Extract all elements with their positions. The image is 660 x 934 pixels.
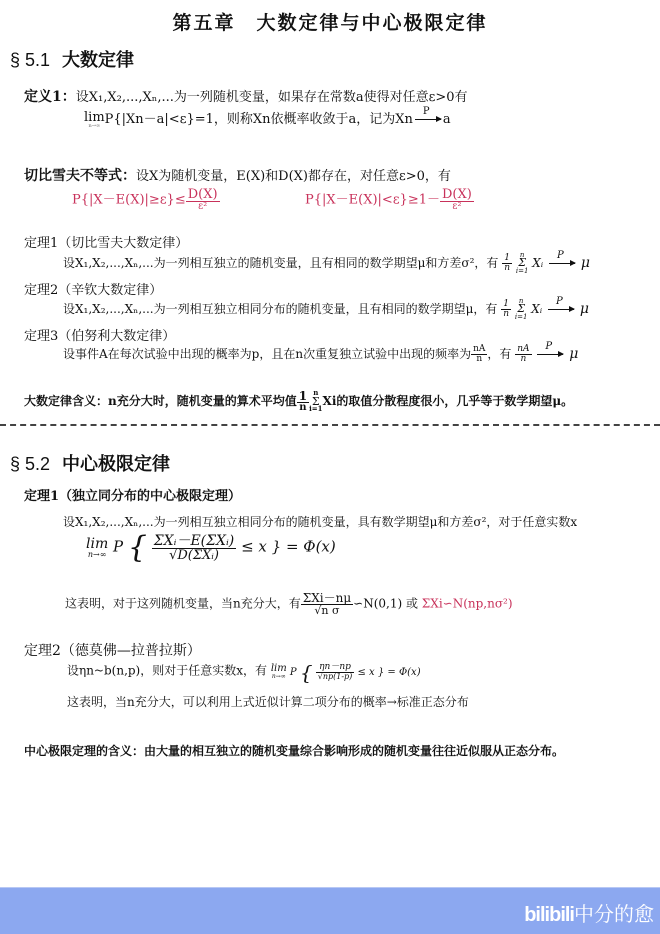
section-number: § 5.1: [10, 50, 50, 70]
theorem-2-title: 定理2（辛钦大数定律）: [24, 279, 162, 298]
convergence-arrow-icon: P: [415, 119, 441, 120]
section-number: § 5.2: [10, 454, 50, 474]
section-5-2-heading: § 5.2中心极限定律: [10, 450, 170, 476]
clt-theorem-2-body: 设ηn~b(n,p)，则对于任意实数x，有 limn→∞ P { ηn－np√n…: [67, 660, 421, 684]
fraction: D(X)ε²: [440, 188, 474, 212]
theorem-1-formula: 1n nΣi=1 Xᵢ P μ: [502, 256, 590, 270]
sum-icon: nΣi=1: [516, 252, 529, 274]
theorem-3-body: 设事件A在每次试验中出现的概率为p，且在n次重复独立试验中出现的频率为nAn，有…: [63, 345, 578, 364]
chebyshev-inequality: 切比雪夫不等式：设X为随机变量，E(X)和D(X)都存在，对任意ε>0，有: [24, 165, 451, 185]
limit-operator: limn→∞: [84, 111, 105, 129]
clt-theorem-2-formula: limn→∞ P { ηn－np√np(1-p) ≤ x } = Φ(x): [271, 667, 421, 678]
section-title: 大数定律: [62, 50, 134, 71]
chebyshev-formula-2: P{|X－E(X)|<ε}≥1－D(X)ε²: [305, 188, 474, 212]
frequency-fraction: nAn: [471, 345, 487, 364]
theorem-3-title: 定理3（伯努利大数定律）: [24, 325, 175, 344]
section-title: 中心极限定律: [62, 454, 170, 475]
chebyshev-formula-1: P{|X－E(X)|≥ε}≤D(X)ε²: [72, 188, 220, 212]
section-5-1-heading: § 5.1大数定律: [10, 46, 134, 72]
theorem-1-body: 设X₁,X₂,...,Xₙ,...为一列相互独立的随机变量，且有相同的数学期望μ…: [63, 252, 590, 274]
theorem-1-title: 定理1（切比雪夫大数定律）: [24, 232, 188, 251]
theorem-3-formula: nAn P μ: [515, 347, 578, 361]
sum-icon: nΣi=1: [515, 298, 528, 320]
definition-1: 定义1：设X₁,X₂,...,Xₙ,...为一列随机变量，如果存在常数a使得对任…: [24, 86, 468, 106]
lln-meaning: 大数定律含义：n充分大时，随机变量的算术平均值1nnΣi=1Xi的取值分散程度很…: [24, 390, 573, 413]
definition-label: 定义1：: [24, 89, 76, 105]
convergence-arrow-icon: P: [537, 354, 563, 355]
author-name: 中分的愈: [574, 904, 654, 926]
section-divider: [0, 424, 660, 426]
definition-text: 设X₁,X₂,...,Xₙ,...为一列随机变量，如果存在常数a使得对任意ε>0…: [76, 90, 468, 105]
clt-theorem-2-explain: 这表明，当n充分大，可以利用上式近似计算二项分布的概率→标准正态分布: [67, 693, 469, 710]
clt-theorem-1-formula: limn→∞ P { ΣXᵢ－E(ΣXᵢ)√D(ΣXᵢ) ≤ x } = Φ(x…: [86, 530, 336, 565]
fraction: D(X)ε²: [186, 188, 220, 212]
bilibili-logo-icon: bilibili: [524, 904, 574, 926]
bilibili-watermark: bilibili中分的愈: [524, 898, 654, 927]
clt-theorem-1-text: 设X₁,X₂,...,Xₙ,...为一列相互独立相同分布的随机变量，具有数学期望…: [63, 513, 577, 530]
theorem-2-body: 设X₁,X₂,...,Xₙ,...为一列相互独立相同分布的随机变量，且有相同的数…: [63, 298, 589, 320]
clt-theorem-1-title: 定理1（独立同分布的中心极限定理）: [24, 485, 241, 504]
chebyshev-label: 切比雪夫不等式：: [24, 168, 136, 184]
sum-icon: nΣi=1: [309, 390, 322, 412]
definition-1-formula: limn→∞P{|Xn－a|<ε}=1，则称Xn依概率收敛于a，记为XnPa: [84, 108, 451, 129]
clt-theorem-1-explain: 这表明，对于这列随机变量，当n充分大，有ΣXi－nμ√n σ∽N(0,1) 或 …: [65, 592, 513, 616]
formula-text: P{|Xn－a|<ε}=1，则称Xn依概率收敛于a，记为Xn: [105, 112, 413, 127]
clt-binomial-formula: ΣXi∽N(np,nσ²): [422, 597, 513, 611]
theorem-2-formula: 1n nΣi=1 Xᵢ P μ: [501, 302, 589, 316]
convergence-arrow-icon: P: [548, 309, 574, 310]
chapter-title: 第五章 大数定律与中心极限定律: [0, 8, 660, 35]
chebyshev-text: 设X为随机变量，E(X)和D(X)都存在，对任意ε>0，有: [136, 169, 451, 184]
clt-meaning: 中心极限定理的含义：由大量的相互独立的随机变量综合影响形成的随机变量往往近似服从…: [24, 742, 564, 759]
clt-theorem-2-title: 定理2（德莫佛—拉普拉斯）: [24, 640, 201, 660]
arrow-target: a: [443, 112, 451, 127]
convergence-arrow-icon: P: [549, 263, 575, 264]
